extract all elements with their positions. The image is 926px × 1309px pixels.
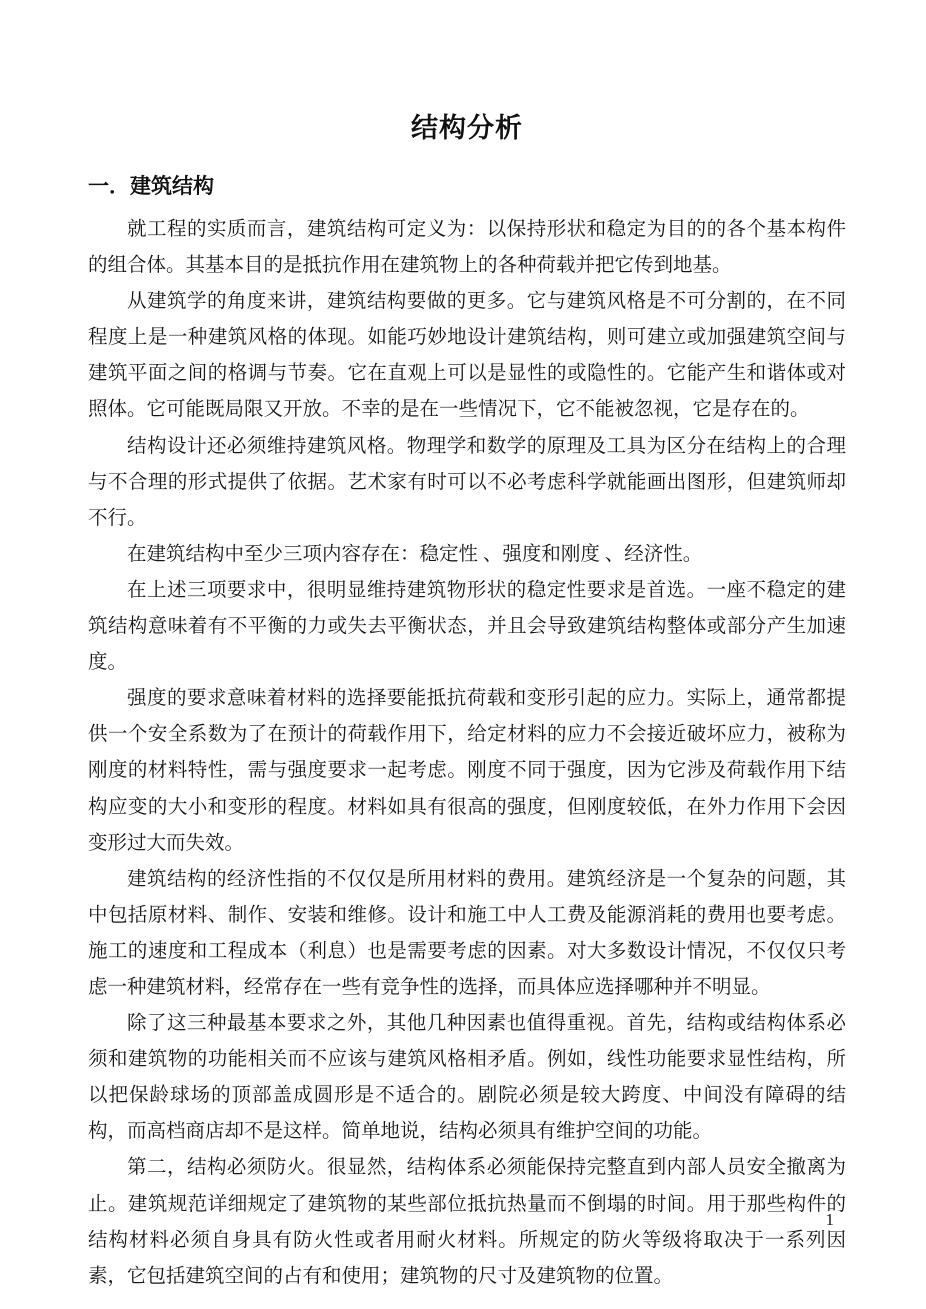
paragraph: 结构设计还必须维持建筑风格。物理学和数学的原理及工具为区分在结构上的合理与不合理… [88,429,846,537]
paragraph: 强度的要求意味着材料的选择要能抵抗荷载和变形引起的应力。实际上，通常都提供一个安… [88,681,846,861]
paragraph: 在建筑结构中至少三项内容存在：稳定性 、强度和刚度 、经济性。 [88,537,846,573]
page-number: 1 [826,1210,835,1229]
paragraph: 从建筑学的角度来讲，建筑结构要做的更多。它与建筑风格是不可分割的，在不同程度上是… [88,284,846,428]
paragraph: 第二，结构必须防火。很显然，结构体系必须能保持完整直到内部人员安全撤离为止。建筑… [88,1150,846,1294]
paragraph: 在上述三项要求中，很明显维持建筑物形状的稳定性要求是首选。一座不稳定的建筑结构意… [88,573,846,681]
page-footer: 1 [826,1208,835,1232]
paragraph: 除了这三种最基本要求之外，其他几种因素也值得重视。首先，结构或结构体系必须和建筑… [88,1006,846,1150]
document-page: 结构分析 一．建筑结构 就工程的实质而言，建筑结构可定义为：以保持形状和稳定为目… [0,0,926,1309]
paragraph: 建筑结构的经济性指的不仅仅是所用材料的费用。建筑经济是一个复杂的问题，其中包括原… [88,862,846,1006]
document-title: 结构分析 [88,108,846,148]
section-heading: 一．建筑结构 [88,172,846,202]
paragraph: 就工程的实质而言，建筑结构可定义为：以保持形状和稳定为目的的各个基本构件的组合体… [88,212,846,284]
